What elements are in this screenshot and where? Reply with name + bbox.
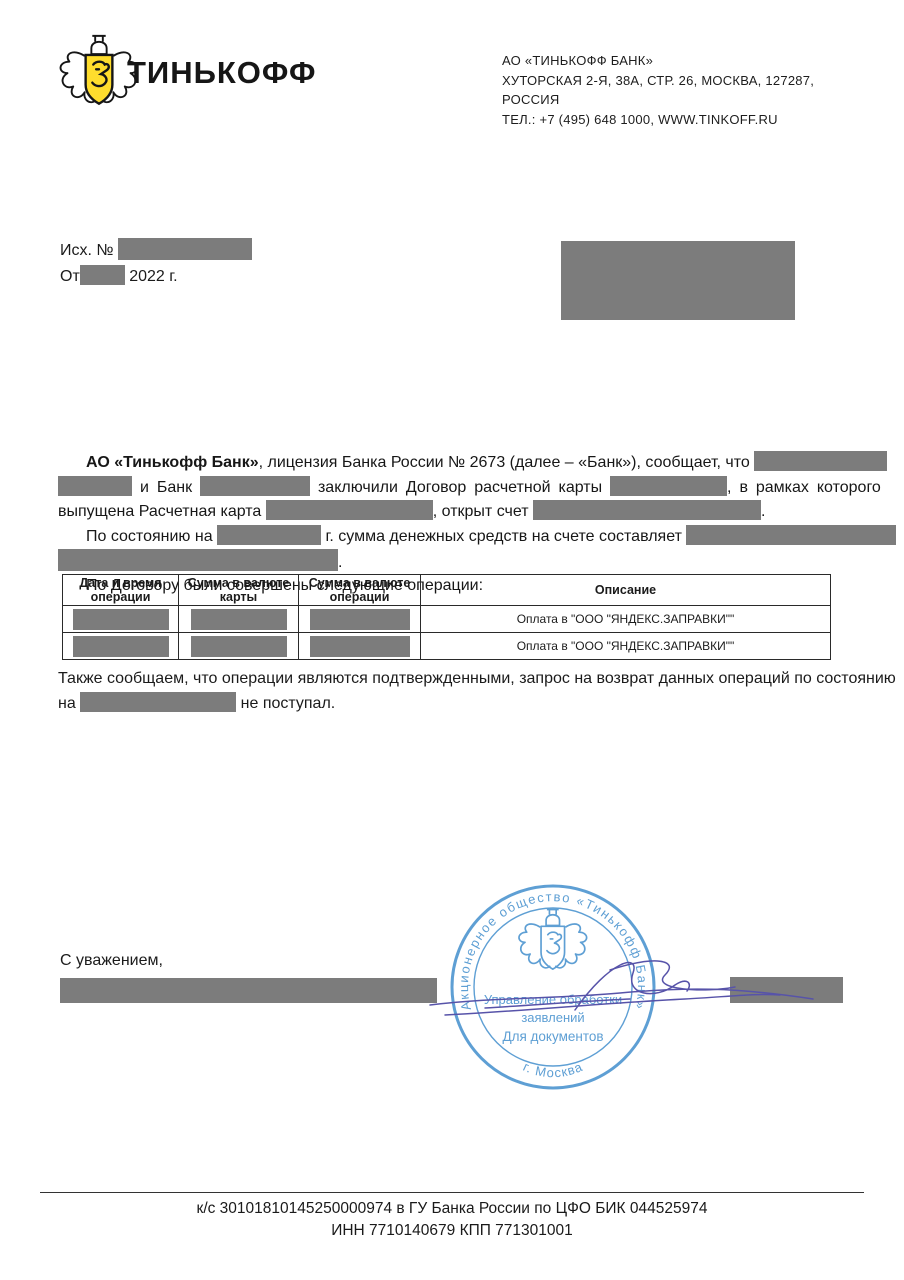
footer-divider <box>40 1192 864 1193</box>
date-prefix: От <box>60 268 80 285</box>
asof-text: По состоянию на <box>86 528 217 545</box>
bank-date-redaction <box>200 476 310 496</box>
sum-text: г. сумма денежных средств на счете соста… <box>321 528 686 545</box>
table-row: Оплата в "ООО "ЯНДЕКС.ЗАПРАВКИ"" <box>63 633 831 660</box>
col-header-operation-amount: Сумма в валюте операции <box>299 575 421 606</box>
footer-corr-account: к/с 30101810145250000974 в ГУ Банка Росс… <box>0 1200 904 1218</box>
license-text: , лицензия Банка России № 2673 (далее – … <box>259 454 755 471</box>
operation-amount-redaction <box>310 636 410 657</box>
framework-text: , в рамках которого <box>727 479 881 496</box>
card-amount-redaction <box>191 636 287 657</box>
issued-card-text: выпущена Расчетная карта <box>58 503 266 520</box>
description-cell: Оплата в "ООО "ЯНДЕКС.ЗАПРАВКИ"" <box>421 606 831 633</box>
letter-date-line: От 2022 г. <box>60 264 252 290</box>
operation-amount-cell <box>299 633 421 660</box>
and-bank-text: и Банк <box>132 479 200 496</box>
stamp-unit-line3: Для документов <box>502 1029 603 1044</box>
col-header-datetime: Дата и время операции <box>63 575 179 606</box>
concluded-text: заключили Договор расчетной карты <box>310 479 610 496</box>
outgoing-number-line: Исх. № <box>60 238 252 264</box>
request-date-redaction <box>80 692 236 712</box>
balance-amount-redaction <box>686 525 896 545</box>
card-number-redaction <box>266 500 433 520</box>
balance-amount-redaction-2 <box>58 549 338 571</box>
p1-line2: и Банк заключили Договор расчетной карты… <box>58 476 853 501</box>
date-year: 2022 г. <box>125 268 178 285</box>
card-amount-cell <box>179 633 299 660</box>
operations-table: Дата и время операции Сумма в валюте кар… <box>62 574 831 660</box>
card-amount-cell <box>179 606 299 633</box>
outgoing-number-redaction <box>118 238 252 260</box>
p2-line1: По состоянию на г. сумма денежных средст… <box>58 525 853 550</box>
date-redaction <box>80 265 125 285</box>
not-received-text: не поступал. <box>236 695 335 712</box>
on-text: на <box>58 695 80 712</box>
p1-line1: АО «Тинькофф Банк», лицензия Банка Росси… <box>58 451 853 476</box>
stamp-city: г. Москва <box>521 1059 585 1080</box>
bank-name-bold: АО «Тинькофф Банк» <box>86 454 259 471</box>
asof-date-redaction <box>217 525 321 545</box>
recipient-redaction <box>561 241 795 320</box>
svg-text:г. Москва: г. Москва <box>521 1059 585 1080</box>
outgoing-number-label: Исх. № <box>60 242 114 259</box>
confirmation-line2: на не поступал. <box>58 692 853 717</box>
reference-block: Исх. № От 2022 г. <box>60 238 252 290</box>
client-name-redaction <box>754 451 887 471</box>
operation-amount-redaction <box>310 609 410 630</box>
operation-amount-cell <box>299 606 421 633</box>
datetime-cell <box>63 633 179 660</box>
account-number-redaction <box>533 500 761 520</box>
signer-name-redaction <box>60 978 437 1003</box>
footer-inn-kpp: ИНН 7710140679 КПП 771301001 <box>0 1222 904 1240</box>
p2-line2: . <box>58 549 853 574</box>
datetime-cell <box>63 606 179 633</box>
account-open-text: , открыт счет <box>433 503 533 520</box>
contract-number-redaction <box>610 476 727 496</box>
client-name-redaction-2 <box>58 476 132 496</box>
signature-scribble <box>425 915 825 1030</box>
confirmation-line1: Также сообщаем, что операции являются по… <box>58 667 853 692</box>
p2-period: . <box>338 554 342 571</box>
bank-street-address: ХУТОРСКАЯ 2-Я, 38А, СТР. 26, МОСКВА, 127… <box>502 71 862 110</box>
bank-letter-document: ТИНЬКОФФ АО «ТИНЬКОФФ БАНК» ХУТОРСКАЯ 2-… <box>0 0 904 1280</box>
col-header-description: Описание <box>421 575 831 606</box>
card-amount-redaction <box>191 609 287 630</box>
bank-name: АО «ТИНЬКОФФ БАНК» <box>502 51 862 71</box>
p1-line3: выпущена Расчетная карта , открыт счет . <box>58 500 853 525</box>
table-row: Оплата в "ООО "ЯНДЕКС.ЗАПРАВКИ"" <box>63 606 831 633</box>
datetime-redaction <box>73 609 169 630</box>
confirmation-paragraph: Также сообщаем, что операции являются по… <box>58 667 853 716</box>
description-cell: Оплата в "ООО "ЯНДЕКС.ЗАПРАВКИ"" <box>421 633 831 660</box>
col-header-card-amount: Сумма в валюте карты <box>179 575 299 606</box>
p1-period: . <box>761 503 765 520</box>
logo-wordmark: ТИНЬКОФФ <box>127 55 316 91</box>
datetime-redaction <box>73 636 169 657</box>
table-header-row: Дата и время операции Сумма в валюте кар… <box>63 575 831 606</box>
bank-address-block: АО «ТИНЬКОФФ БАНК» ХУТОРСКАЯ 2-Я, 38А, С… <box>502 51 862 129</box>
closing-regards: С уважением, <box>60 952 163 970</box>
bank-phone-site: ТЕЛ.: +7 (495) 648 1000, WWW.TINKOFF.RU <box>502 110 862 130</box>
